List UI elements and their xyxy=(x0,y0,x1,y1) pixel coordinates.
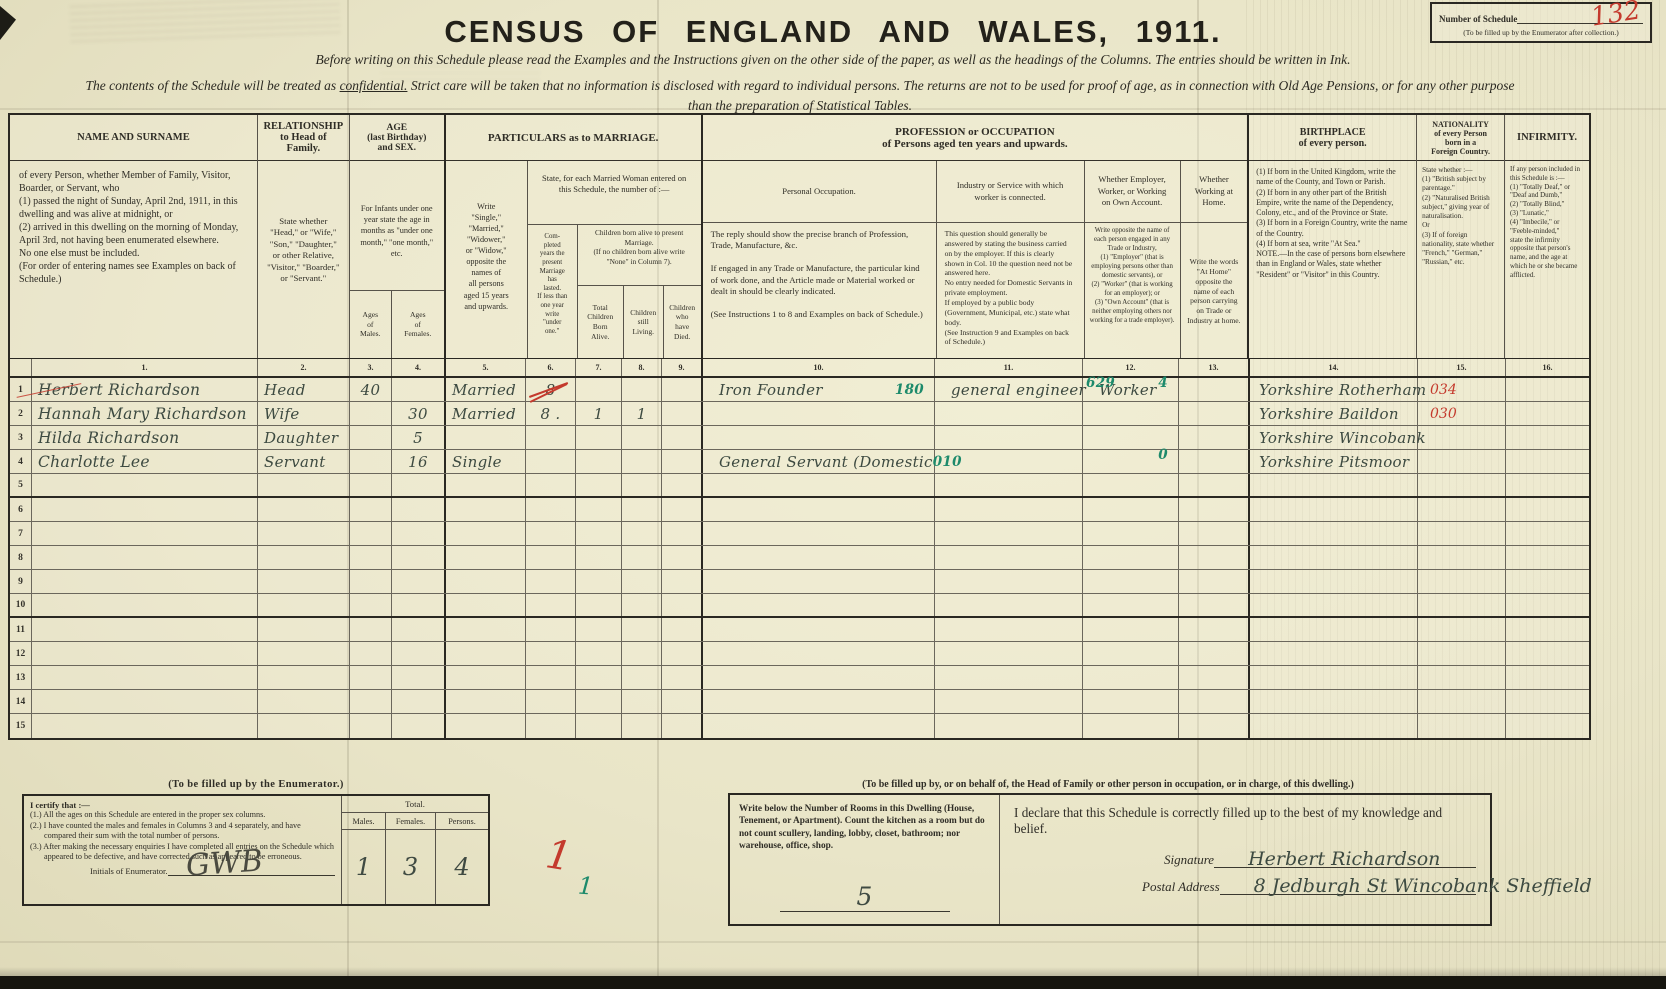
cell-age-males xyxy=(350,498,392,521)
column-birthplace: BIRTHPLACE of every person. (1) If born … xyxy=(1247,115,1417,358)
cell-children-died xyxy=(662,378,702,401)
column-ages-females: Ages of Females. xyxy=(392,291,444,358)
cell-at-home xyxy=(1179,714,1249,738)
infirmity-title: INFIRMITY. xyxy=(1505,115,1589,161)
cell-children-living xyxy=(622,690,662,713)
cell-relationship xyxy=(258,690,350,713)
cell-occupation xyxy=(701,618,935,641)
cell-nationality-code xyxy=(1418,642,1506,665)
occupation-text: General Servant (Domestic xyxy=(719,453,933,471)
cell-industry xyxy=(935,402,1083,425)
cell-occupation xyxy=(701,402,935,425)
cell-employer-worker xyxy=(1083,474,1179,496)
cell-industry xyxy=(935,594,1083,616)
cell-birthplace: Yorkshire Baildon xyxy=(1248,402,1418,425)
column-group-marriage: PARTICULARS as to MARRIAGE. Write "Singl… xyxy=(444,115,702,358)
marriage-group-title: PARTICULARS as to MARRIAGE. xyxy=(446,115,701,161)
cell-birthplace xyxy=(1248,474,1418,496)
cell-occupation xyxy=(701,426,935,449)
working-at-home-title: Whether Working at Home. xyxy=(1181,161,1248,223)
signature-label: Signature xyxy=(1164,852,1214,868)
cell-children-born xyxy=(576,522,622,545)
cell-nationality-code xyxy=(1418,690,1506,713)
cell-name: Hilda Richardson xyxy=(32,426,258,449)
table-row: 1 Herbert Richardson Head 40 Married 8 I… xyxy=(10,378,1589,402)
cell-relationship xyxy=(258,474,350,496)
cell-relationship xyxy=(258,642,350,665)
cell-children-died xyxy=(662,474,702,496)
scan-edge-shadow xyxy=(0,967,1666,976)
cell-occupation xyxy=(701,594,935,616)
cell-children-born xyxy=(576,426,622,449)
cell-industry: general engineer629 xyxy=(935,378,1083,401)
row-number: 4 xyxy=(10,450,32,473)
occupation-text: Iron Founder xyxy=(719,381,823,399)
cell-years-married xyxy=(526,546,576,569)
cell-years-married xyxy=(526,618,576,641)
cell-relationship xyxy=(258,546,350,569)
column-number: 13. xyxy=(1179,359,1249,376)
row-number: 2 xyxy=(10,402,32,425)
row-number: 11 xyxy=(10,618,32,641)
cell-marriage xyxy=(444,498,526,521)
cell-age-males xyxy=(350,666,392,689)
cell-relationship xyxy=(258,570,350,593)
employer-worker-desc: Write opposite the name of each person e… xyxy=(1085,223,1180,358)
cell-children-born xyxy=(576,570,622,593)
cell-birthplace xyxy=(1248,642,1418,665)
cell-occupation xyxy=(701,546,935,569)
column-marriage-status-desc: Write "Single," "Married," "Widower," or… xyxy=(446,161,528,358)
cell-name: Charlotte Lee xyxy=(32,450,258,473)
cell-at-home xyxy=(1179,618,1249,641)
declaration-text: I declare that this Schedule is correctl… xyxy=(1014,805,1476,837)
cell-industry xyxy=(935,546,1083,569)
column-number: 6. xyxy=(526,359,576,376)
instruction-line-1: Before writing on this Schedule please r… xyxy=(60,52,1606,68)
cell-relationship xyxy=(258,498,350,521)
column-working-at-home: Whether Working at Home. Write the words… xyxy=(1181,161,1248,358)
row-number: 6 xyxy=(10,498,32,521)
row-number: 13 xyxy=(10,666,32,689)
enumerator-initials-handwriting: GWB xyxy=(184,843,263,883)
birthplace-title: BIRTHPLACE of every person. xyxy=(1249,115,1416,161)
cell-children-died xyxy=(662,642,702,665)
cell-children-born xyxy=(576,690,622,713)
cell-age-females: 5 xyxy=(392,426,445,449)
nationality-title: NATIONALITY of every Person born in a Fo… xyxy=(1417,115,1504,161)
cell-name: Herbert Richardson xyxy=(32,378,258,401)
employer-code: 4 xyxy=(1158,375,1168,391)
cell-marriage xyxy=(444,642,526,665)
cell-employer-worker xyxy=(1083,546,1179,569)
cell-age-males xyxy=(350,642,392,665)
cell-years-married xyxy=(526,666,576,689)
cell-children-living xyxy=(622,498,662,521)
table-row: 10 xyxy=(10,594,1589,618)
cell-nationality-code: 034 xyxy=(1418,378,1506,401)
cell-age-males xyxy=(350,522,392,545)
cell-industry xyxy=(935,474,1083,496)
cell-industry xyxy=(935,426,1083,449)
cell-children-died xyxy=(662,450,702,473)
industry-title: Industry or Service with which worker is… xyxy=(937,161,1084,223)
cell-employer-worker xyxy=(1083,666,1179,689)
cell-years-married xyxy=(526,474,576,496)
employer-worker-title: Whether Employer, Worker, or Working on … xyxy=(1085,161,1180,223)
cell-infirmity xyxy=(1506,714,1589,738)
cell-birthplace: Yorkshire Wincobank xyxy=(1248,426,1418,449)
cell-children-died xyxy=(662,426,702,449)
table-row: 9 xyxy=(10,570,1589,594)
scan-corner-artifact xyxy=(0,6,16,40)
cell-children-born xyxy=(576,594,622,616)
cell-infirmity xyxy=(1506,450,1589,473)
cell-birthplace xyxy=(1248,498,1418,521)
column-name-desc: of every Person, whether Member of Famil… xyxy=(10,161,257,358)
married-woman-desc: State, for each Married Woman entered on… xyxy=(528,161,701,225)
certify-item-1: (1.) All the ages on this Schedule are e… xyxy=(30,810,335,821)
cell-relationship: Servant xyxy=(258,450,350,473)
enumerator-certification: I certify that :— (1.) All the ages on t… xyxy=(24,796,342,904)
totals-persons-label: Persons. xyxy=(436,813,488,829)
cell-relationship: Wife xyxy=(258,402,350,425)
red-tally-mark: 1 xyxy=(543,831,575,880)
page-title: CENSUS OF ENGLAND AND WALES, 1911. xyxy=(283,14,1383,50)
industry-code: 629 xyxy=(1086,375,1115,391)
cell-infirmity xyxy=(1506,666,1589,689)
cell-birthplace: Yorkshire Pitsmoor xyxy=(1248,450,1418,473)
instruction2-rest: Strict care will be taken that no inform… xyxy=(407,78,1514,93)
cell-occupation xyxy=(701,690,935,713)
column-number: 14. xyxy=(1248,359,1418,376)
cell-birthplace xyxy=(1248,618,1418,641)
column-number: 2. xyxy=(258,359,350,376)
cell-children-died xyxy=(662,570,702,593)
column-nationality: NATIONALITY of every Person born in a Fo… xyxy=(1417,115,1505,358)
totals-females-value: 3 xyxy=(386,830,436,904)
cell-relationship xyxy=(258,666,350,689)
cell-years-married: 8 . xyxy=(526,402,576,425)
cell-at-home xyxy=(1179,402,1249,425)
totals-header: Total. xyxy=(342,796,488,813)
cell-nationality-code xyxy=(1418,666,1506,689)
cell-employer-worker: 0 xyxy=(1083,450,1179,473)
fold-crease xyxy=(0,941,1666,943)
column-age-desc: For Infants under one year state the age… xyxy=(350,161,444,291)
instruction-line-2: The contents of the Schedule will be tre… xyxy=(20,76,1580,115)
cell-occupation xyxy=(701,522,935,545)
cell-birthplace: Yorkshire Rotherham xyxy=(1248,378,1418,401)
column-relationship-desc: State whether "Head," or "Wife," "Son," … xyxy=(258,161,349,358)
cell-years-married xyxy=(526,450,576,473)
cell-children-living xyxy=(622,642,662,665)
cell-at-home xyxy=(1179,426,1249,449)
cell-infirmity xyxy=(1506,618,1589,641)
column-name: NAME AND SURNAME of every Person, whethe… xyxy=(10,115,258,358)
cell-age-females xyxy=(392,690,445,713)
column-children-living: Children still Living. xyxy=(624,286,664,358)
table-row: 12 xyxy=(10,642,1589,666)
cell-nationality-code xyxy=(1418,714,1506,738)
cell-children-living xyxy=(622,450,662,473)
cell-age-females xyxy=(392,666,445,689)
cell-marriage xyxy=(444,714,526,738)
cell-age-females xyxy=(392,378,445,401)
declaration-cell: I declare that this Schedule is correctl… xyxy=(1000,795,1490,924)
rooms-value-handwriting: 5 xyxy=(857,882,873,911)
cell-industry xyxy=(935,618,1083,641)
column-numbers-row: 1. 2. 3. 4. 5. 6. 7. 8. 9. 10. 11. 12. 1… xyxy=(10,358,1589,378)
column-years-married-desc: Com- pleted years the present Marriage h… xyxy=(528,225,578,358)
column-personal-occupation: Personal Occupation. The reply should sh… xyxy=(703,161,937,358)
cell-marriage xyxy=(444,618,526,641)
column-industry: Industry or Service with which worker is… xyxy=(937,161,1085,358)
initials-rule: GWB xyxy=(168,866,335,876)
cell-children-born xyxy=(576,498,622,521)
cell-children-born xyxy=(576,666,622,689)
cell-children-died xyxy=(662,618,702,641)
cell-children-died xyxy=(662,714,702,738)
cell-marriage xyxy=(444,594,526,616)
cell-occupation xyxy=(701,474,935,496)
column-number: 11. xyxy=(935,359,1083,376)
cell-age-females xyxy=(392,714,445,738)
certify-intro: I certify that :— xyxy=(30,800,335,810)
cell-infirmity xyxy=(1506,522,1589,545)
cell-years-married xyxy=(526,522,576,545)
cell-nationality-code xyxy=(1418,618,1506,641)
cell-infirmity xyxy=(1506,546,1589,569)
cell-children-died xyxy=(662,498,702,521)
cell-age-females xyxy=(392,546,445,569)
cell-children-born xyxy=(576,378,622,401)
totals-table: Total. Males. Females. Persons. 1 3 4 xyxy=(342,796,488,904)
cell-nationality-code xyxy=(1418,426,1506,449)
postal-address-handwriting: 8 Jedburgh St Wincobank Sheffield xyxy=(1254,875,1592,897)
cell-nationality-code xyxy=(1418,498,1506,521)
instruction2-tail: than the preparation of Statistical Tabl… xyxy=(688,98,912,113)
cell-children-living: 1 xyxy=(622,402,662,425)
cell-relationship xyxy=(258,714,350,738)
cell-age-females: 16 xyxy=(392,450,445,473)
column-children-died: Children who have Died. xyxy=(664,286,701,358)
cell-employer-worker xyxy=(1083,402,1179,425)
cell-age-males xyxy=(350,618,392,641)
cell-age-males xyxy=(350,450,392,473)
cell-age-males xyxy=(350,594,392,616)
cell-years-married xyxy=(526,714,576,738)
green-tally-mark: 1 xyxy=(577,872,594,901)
cell-at-home xyxy=(1179,474,1249,496)
census-schedule-page: CENSUS OF ENGLAND AND WALES, 1911. Numbe… xyxy=(0,0,1666,989)
enumerator-box: I certify that :— (1.) All the ages on t… xyxy=(22,794,490,906)
cell-birthplace xyxy=(1248,570,1418,593)
row-number: 12 xyxy=(10,642,32,665)
cell-industry xyxy=(935,570,1083,593)
cell-industry xyxy=(935,522,1083,545)
cell-marriage xyxy=(444,522,526,545)
cell-age-males: 40 xyxy=(350,378,392,401)
table-header: NAME AND SURNAME of every Person, whethe… xyxy=(10,115,1589,358)
row-number: 1 xyxy=(10,378,32,401)
column-number: 8. xyxy=(622,359,662,376)
cell-birthplace xyxy=(1248,714,1418,738)
table-row: 14 xyxy=(10,690,1589,714)
cell-at-home xyxy=(1179,522,1249,545)
cell-industry xyxy=(935,690,1083,713)
row-number: 5 xyxy=(10,474,32,496)
column-relationship: RELATIONSHIP to Head of Family. State wh… xyxy=(258,115,350,358)
schedule-number-rule: 132 xyxy=(1517,12,1643,24)
cell-name xyxy=(32,594,258,616)
scan-edge xyxy=(0,976,1666,989)
cell-marriage xyxy=(444,546,526,569)
cell-children-born xyxy=(576,546,622,569)
cell-children-died xyxy=(662,522,702,545)
cell-age-females xyxy=(392,618,445,641)
table-row: 7 xyxy=(10,522,1589,546)
cell-children-born xyxy=(576,714,622,738)
cell-children-living xyxy=(622,426,662,449)
cell-age-females xyxy=(392,522,445,545)
cell-children-living xyxy=(622,378,662,401)
rooms-instruction: Write below the Number of Rooms in this … xyxy=(739,803,990,852)
cell-occupation: Iron Founder180 xyxy=(701,378,935,401)
column-group-profession: PROFESSION or OCCUPATION of Persons aged… xyxy=(701,115,1249,358)
cell-infirmity xyxy=(1506,642,1589,665)
cell-at-home xyxy=(1179,642,1249,665)
cell-name xyxy=(32,546,258,569)
cell-age-females xyxy=(392,594,445,616)
cell-industry xyxy=(935,450,1083,473)
totals-females-label: Females. xyxy=(386,813,436,829)
table-row: 15 xyxy=(10,714,1589,738)
row-number: 7 xyxy=(10,522,32,545)
cell-nationality-code xyxy=(1418,474,1506,496)
totals-males-label: Males. xyxy=(342,813,386,829)
cell-occupation: General Servant (Domestic010 xyxy=(701,450,935,473)
cell-children-born: 1 xyxy=(576,402,622,425)
cell-name xyxy=(32,690,258,713)
cell-nationality-code xyxy=(1418,522,1506,545)
cell-children-living xyxy=(622,522,662,545)
column-number-spacer xyxy=(10,359,32,376)
occupation-code: 180 xyxy=(895,382,924,398)
cell-at-home xyxy=(1179,594,1249,616)
cell-employer-worker xyxy=(1083,522,1179,545)
instruction2-confidential: confidential. xyxy=(340,78,408,93)
cell-age-males xyxy=(350,690,392,713)
cell-children-died xyxy=(662,666,702,689)
cell-marriage: Single xyxy=(444,450,526,473)
column-number: 4. xyxy=(392,359,445,376)
cell-infirmity xyxy=(1506,690,1589,713)
totals-males-value: 1 xyxy=(342,830,386,904)
cell-birthplace xyxy=(1248,546,1418,569)
cell-at-home xyxy=(1179,378,1249,401)
cell-occupation xyxy=(701,498,935,521)
schedule-number-box: Number of Schedule 132 (To be filled up … xyxy=(1430,2,1652,43)
cell-industry xyxy=(935,714,1083,738)
cell-nationality-code: 030 xyxy=(1418,402,1506,425)
cell-nationality-code xyxy=(1418,570,1506,593)
cell-children-living xyxy=(622,666,662,689)
cell-children-living xyxy=(622,570,662,593)
initials-label: Initials of Enumerator. xyxy=(90,866,168,876)
profession-group-title: PROFESSION or OCCUPATION of Persons aged… xyxy=(703,115,1248,161)
cell-children-living xyxy=(622,594,662,616)
cell-employer-worker xyxy=(1083,714,1179,738)
children-born-desc: Children born alive to present Marriage.… xyxy=(578,225,701,286)
cell-marriage: Married xyxy=(444,378,526,401)
column-number: 3. xyxy=(350,359,392,376)
cell-relationship xyxy=(258,618,350,641)
cell-children-born xyxy=(576,618,622,641)
cell-marriage xyxy=(444,570,526,593)
row-number: 10 xyxy=(10,594,32,616)
cell-age-males xyxy=(350,546,392,569)
cell-at-home xyxy=(1179,570,1249,593)
cell-employer-worker xyxy=(1083,498,1179,521)
column-relationship-title: RELATIONSHIP to Head of Family. xyxy=(258,115,349,161)
cell-age-females xyxy=(392,474,445,496)
instruction2-lead: The contents of the Schedule will be tre… xyxy=(85,78,339,93)
cell-age-males xyxy=(350,714,392,738)
cell-children-living xyxy=(622,474,662,496)
schedule-number-label: Number of Schedule xyxy=(1439,14,1517,24)
cell-industry xyxy=(935,666,1083,689)
table-row: 6 xyxy=(10,498,1589,522)
cell-years-married xyxy=(526,690,576,713)
cell-name xyxy=(32,498,258,521)
cell-name xyxy=(32,642,258,665)
cell-marriage xyxy=(444,474,526,496)
column-ages-males: Ages of Males. xyxy=(350,291,392,358)
cell-age-females xyxy=(392,570,445,593)
cell-birthplace xyxy=(1248,594,1418,616)
cell-infirmity xyxy=(1506,378,1589,401)
column-number: 12. xyxy=(1083,359,1179,376)
nationality-desc: State whether :— (1) "British subject by… xyxy=(1417,161,1504,358)
cell-children-died xyxy=(662,690,702,713)
cell-name xyxy=(32,714,258,738)
column-name-title: NAME AND SURNAME xyxy=(10,115,257,161)
cell-occupation xyxy=(701,642,935,665)
cell-nationality-code xyxy=(1418,546,1506,569)
cell-industry xyxy=(935,498,1083,521)
cell-marriage xyxy=(444,690,526,713)
birthplace-desc: (1) If born in the United Kingdom, write… xyxy=(1249,161,1416,358)
column-number: 1. xyxy=(32,359,258,376)
cell-years-married xyxy=(526,642,576,665)
postal-address-rule: 8 Jedburgh St Wincobank Sheffield xyxy=(1220,883,1476,895)
cell-relationship xyxy=(258,522,350,545)
cell-employer-worker xyxy=(1083,690,1179,713)
row-number: 15 xyxy=(10,714,32,738)
cell-age-males xyxy=(350,570,392,593)
head-declaration-heading: (To be filled up by, or on behalf of, th… xyxy=(733,779,1483,790)
cell-employer-worker xyxy=(1083,642,1179,665)
cell-name xyxy=(32,666,258,689)
cell-children-living xyxy=(622,546,662,569)
cell-children-living xyxy=(622,618,662,641)
column-number: 10. xyxy=(701,359,935,376)
table-row: 11 xyxy=(10,618,1589,642)
table-row: 4 Charlotte Lee Servant 16 Single Genera… xyxy=(10,450,1589,474)
cell-birthplace xyxy=(1248,666,1418,689)
cell-relationship xyxy=(258,594,350,616)
